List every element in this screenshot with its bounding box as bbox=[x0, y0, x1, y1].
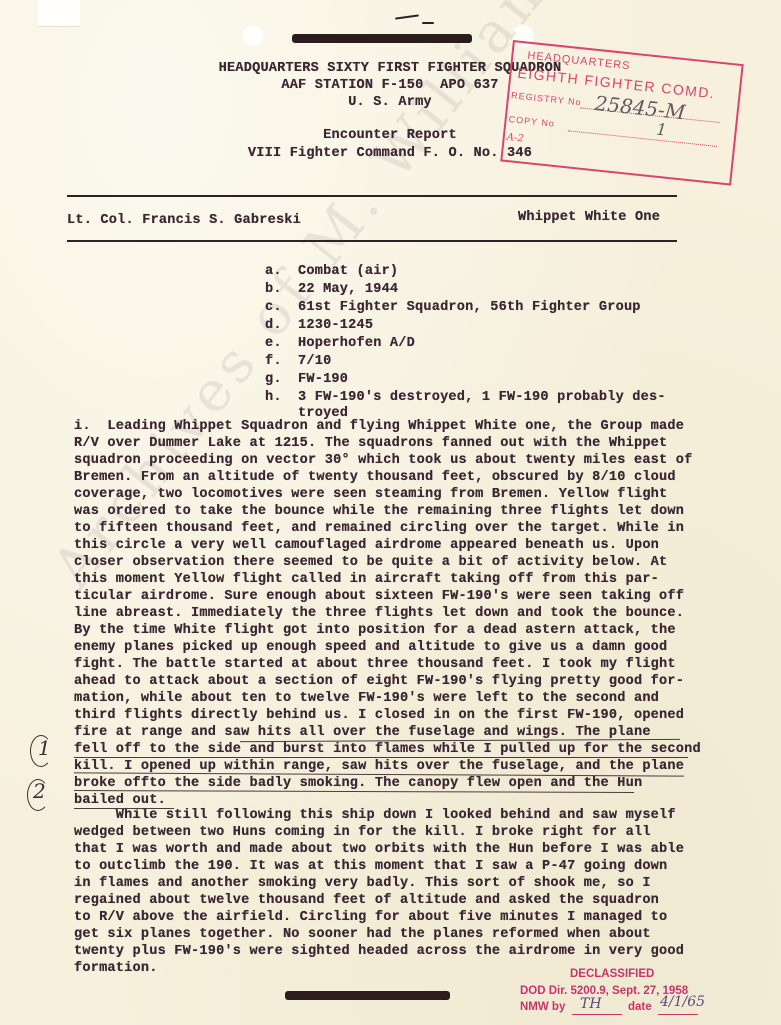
narrative-line: kill. I opened up within range, saw hits… bbox=[74, 759, 684, 774]
narrative-line: enemy planes picked up enough speed and … bbox=[74, 640, 667, 655]
narrative-line: in flames and another smoking very badly… bbox=[74, 876, 651, 891]
item-letter: g. bbox=[265, 372, 282, 387]
narrative-line: coverage, two locomotives were seen stea… bbox=[74, 487, 667, 502]
item-letter: h. bbox=[265, 390, 282, 405]
narrative-line: was ordered to take the bounce while the… bbox=[74, 504, 684, 519]
narrative-line: ahead to attack about a section of eight… bbox=[74, 674, 684, 689]
narrative-line: R/V over Dummer Lake at 1215. The squadr… bbox=[74, 436, 667, 451]
narrative-line: to fifteen thousand feet, and remained c… bbox=[74, 521, 684, 536]
declassified-by-label: NMW by bbox=[520, 1001, 565, 1013]
item-text: FW-190 bbox=[298, 372, 348, 387]
hand-underline bbox=[74, 808, 174, 809]
narrative-line: to outclimb the 190. It was at this mome… bbox=[74, 859, 667, 874]
declassified-date: 4/1/65 bbox=[660, 994, 705, 1010]
narrative-line: fell off to the side and burst into flam… bbox=[74, 742, 701, 757]
narrative-line: third flights directly behind us. I clos… bbox=[74, 708, 684, 723]
document-page: Archives of M. Williams HEADQUARTERS SIX… bbox=[0, 0, 781, 1025]
item-text: 61st Fighter Squadron, 56th Fighter Grou… bbox=[298, 300, 641, 315]
stamp-registry-label: REGISTRY No bbox=[511, 90, 582, 107]
rule-bottom bbox=[67, 240, 677, 242]
item-letter: c. bbox=[265, 300, 282, 315]
registry-stamp: HEADQUARTERS EIGHTH FIGHTER COMD. REGIST… bbox=[500, 40, 743, 186]
rule-top bbox=[67, 195, 677, 197]
item-text: 22 May, 1944 bbox=[298, 282, 398, 297]
narrative-line: squadron proceeding on vector 30° which … bbox=[74, 453, 692, 468]
item-text: Combat (air) bbox=[298, 264, 398, 279]
top-handwritten-mark bbox=[395, 14, 419, 19]
hand-underline bbox=[74, 757, 688, 758]
narrative-line: Bremen. From an altitude of twenty thous… bbox=[74, 470, 676, 485]
narrative-line: ticular airdrome. Sure enough about sixt… bbox=[74, 589, 684, 604]
stamp-copy-value: 1 bbox=[655, 120, 667, 140]
margin-annotation-2: 2 bbox=[33, 779, 46, 803]
narrative-line: mation, while about ten to twelve FW-190… bbox=[74, 691, 659, 706]
item-letter: f. bbox=[265, 354, 282, 369]
narrative-line: broke offto the side badly smoking. The … bbox=[74, 776, 642, 791]
classification-redaction-top bbox=[292, 34, 472, 43]
narrative-line: get six planes together. No sooner had t… bbox=[74, 927, 651, 942]
stamp-copy-label: COPY No bbox=[508, 114, 555, 129]
item-letter: a. bbox=[265, 264, 282, 279]
narrative-line: closer observation there seemed to be qu… bbox=[74, 555, 667, 570]
initials-line bbox=[572, 1014, 622, 1015]
narrative-line: this circle a very well camouflaged aird… bbox=[74, 538, 659, 553]
date-line bbox=[658, 1014, 698, 1015]
narrative-line: this moment Yellow flight called in airc… bbox=[74, 572, 659, 587]
item-letter: e. bbox=[265, 336, 282, 351]
narrative-line: fire at range and saw hits all over the … bbox=[74, 725, 651, 740]
narrative-line: wedged between two Huns coming in for th… bbox=[74, 825, 651, 840]
margin-annotation-1: 1 bbox=[38, 736, 51, 760]
narrative-line: regained about twelve thousand feet of a… bbox=[74, 893, 659, 908]
pilot-name: Lt. Col. Francis S. Gabreski bbox=[67, 213, 301, 228]
narrative-line: line abreast. Immediately the three flig… bbox=[74, 606, 684, 621]
stamp-copy-dotline bbox=[568, 130, 717, 147]
item-letter: b. bbox=[265, 282, 282, 297]
narrative-line: formation. bbox=[74, 961, 158, 976]
narrative-line: i. Leading Whippet Squadron and flying W… bbox=[74, 419, 684, 434]
paper-tab bbox=[38, 0, 80, 27]
narrative-line: By the time White flight got into positi… bbox=[74, 623, 676, 638]
declassified-date-label: date bbox=[628, 1001, 652, 1013]
narrative-line: to R/V above the airfield. Circling for … bbox=[74, 910, 667, 925]
declassified-initials: TH bbox=[580, 996, 602, 1012]
narrative-line: fight. The battle started at about three… bbox=[74, 657, 676, 672]
pilot-callsign: Whippet White One bbox=[518, 210, 660, 225]
declassified-label: DECLASSIFIED bbox=[570, 968, 654, 980]
classification-redaction-bottom bbox=[285, 991, 450, 1000]
stamp-annotation: A-2 bbox=[506, 132, 524, 145]
item-text: 3 FW-190's destroyed, 1 FW-190 probably … bbox=[298, 390, 666, 405]
narrative-line: that I was worth and made about two orbi… bbox=[74, 842, 684, 857]
narrative-line: twenty plus FW-190's were sighted headed… bbox=[74, 944, 684, 959]
top-handwritten-mark-2 bbox=[422, 22, 434, 24]
item-letter: d. bbox=[265, 318, 282, 333]
narrative-line: While still following this ship down I l… bbox=[74, 808, 676, 823]
narrative-line: bailed out. bbox=[74, 793, 166, 808]
item-text: 7/10 bbox=[298, 354, 331, 369]
item-text: Hoperhofen A/D bbox=[298, 336, 415, 351]
punch-hole-left bbox=[241, 24, 265, 48]
item-text: 1230-1245 bbox=[298, 318, 373, 333]
